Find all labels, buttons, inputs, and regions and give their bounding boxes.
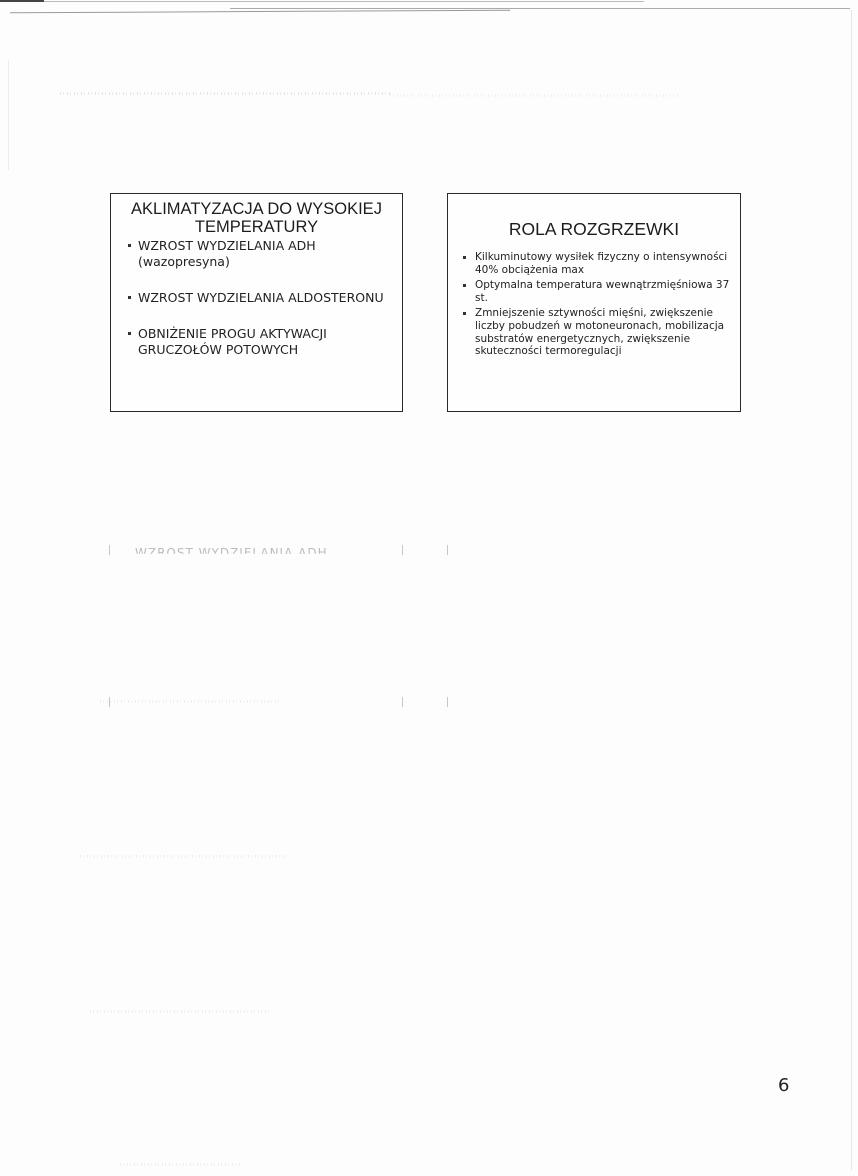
bullet-text: Zmniejszenie sztywności mięśni, zwiększe…	[475, 307, 724, 357]
slide-title: ROLA ROZGRZEWKI	[448, 219, 740, 239]
list-item: Zmniejszenie sztywności mięśni, zwiększe…	[463, 307, 734, 357]
bullet-icon	[463, 312, 466, 315]
list-item: WZROST WYDZIELANIA ADH (wazopresyna)	[128, 238, 402, 270]
bullet-icon	[463, 284, 466, 287]
bleed-through-text: WZROST WYDZIELANIA ADH	[135, 546, 328, 560]
list-item: OBNIŻENIE PROGU AKTYWACJI GRUCZOŁÓW POTO…	[128, 326, 402, 358]
scan-right-edge	[851, 10, 852, 1170]
scan-noise	[100, 700, 280, 703]
scan-noise	[390, 94, 680, 97]
bleed-tick	[109, 697, 110, 707]
bleed-tick	[109, 545, 110, 555]
page-number: 6	[778, 1075, 789, 1096]
bleed-tick	[402, 697, 403, 707]
scan-noise	[90, 1010, 270, 1013]
scan-edge-line	[230, 8, 850, 9]
bullet-text: WZROST WYDZIELANIA ADH (wazopresyna)	[138, 238, 316, 269]
scan-left-edge	[8, 60, 9, 170]
scan-noise	[120, 1163, 240, 1166]
bullet-text: WZROST WYDZIELANIA ALDOSTERONU	[138, 290, 384, 305]
list-item: Optymalna temperatura wewnątrzmięśniowa …	[463, 279, 734, 304]
bleed-tick	[402, 545, 403, 555]
bullet-text: OBNIŻENIE PROGU AKTYWACJI GRUCZOŁÓW POTO…	[138, 326, 327, 357]
bullet-icon	[128, 332, 131, 335]
list-item: WZROST WYDZIELANIA ALDOSTERONU	[128, 290, 402, 306]
slide-aklimatyzacja: AKLIMATYZACJA DO WYSOKIEJ TEMPERATURY WZ…	[110, 193, 403, 412]
scan-edge-line	[44, 1, 644, 2]
bullet-icon	[128, 296, 131, 299]
scan-noise	[80, 855, 290, 858]
slide-rola-rozgrzewki: ROLA ROZGRZEWKI Kilkuminutowy wysiłek fi…	[447, 193, 741, 412]
scan-edge-mark	[0, 0, 44, 2]
bleed-tick	[447, 697, 448, 707]
list-item: Kilkuminutowy wysiłek fizyczny o intensy…	[463, 251, 734, 276]
bullet-list: WZROST WYDZIELANIA ADH (wazopresyna) WZR…	[128, 238, 402, 358]
scan-noise	[60, 92, 390, 95]
bullet-icon	[128, 244, 131, 247]
bullet-text: Kilkuminutowy wysiłek fizyczny o intensy…	[475, 251, 727, 276]
bullet-icon	[463, 256, 466, 259]
bullet-list: Kilkuminutowy wysiłek fizyczny o intensy…	[463, 251, 734, 358]
bullet-text: Optymalna temperatura wewnątrzmięśniowa …	[475, 279, 729, 304]
bleed-tick	[447, 545, 448, 555]
scan-edge-line	[10, 10, 510, 14]
slide-title: AKLIMATYZACJA DO WYSOKIEJ TEMPERATURY	[111, 200, 402, 236]
scan-top-edge	[0, 0, 858, 8]
